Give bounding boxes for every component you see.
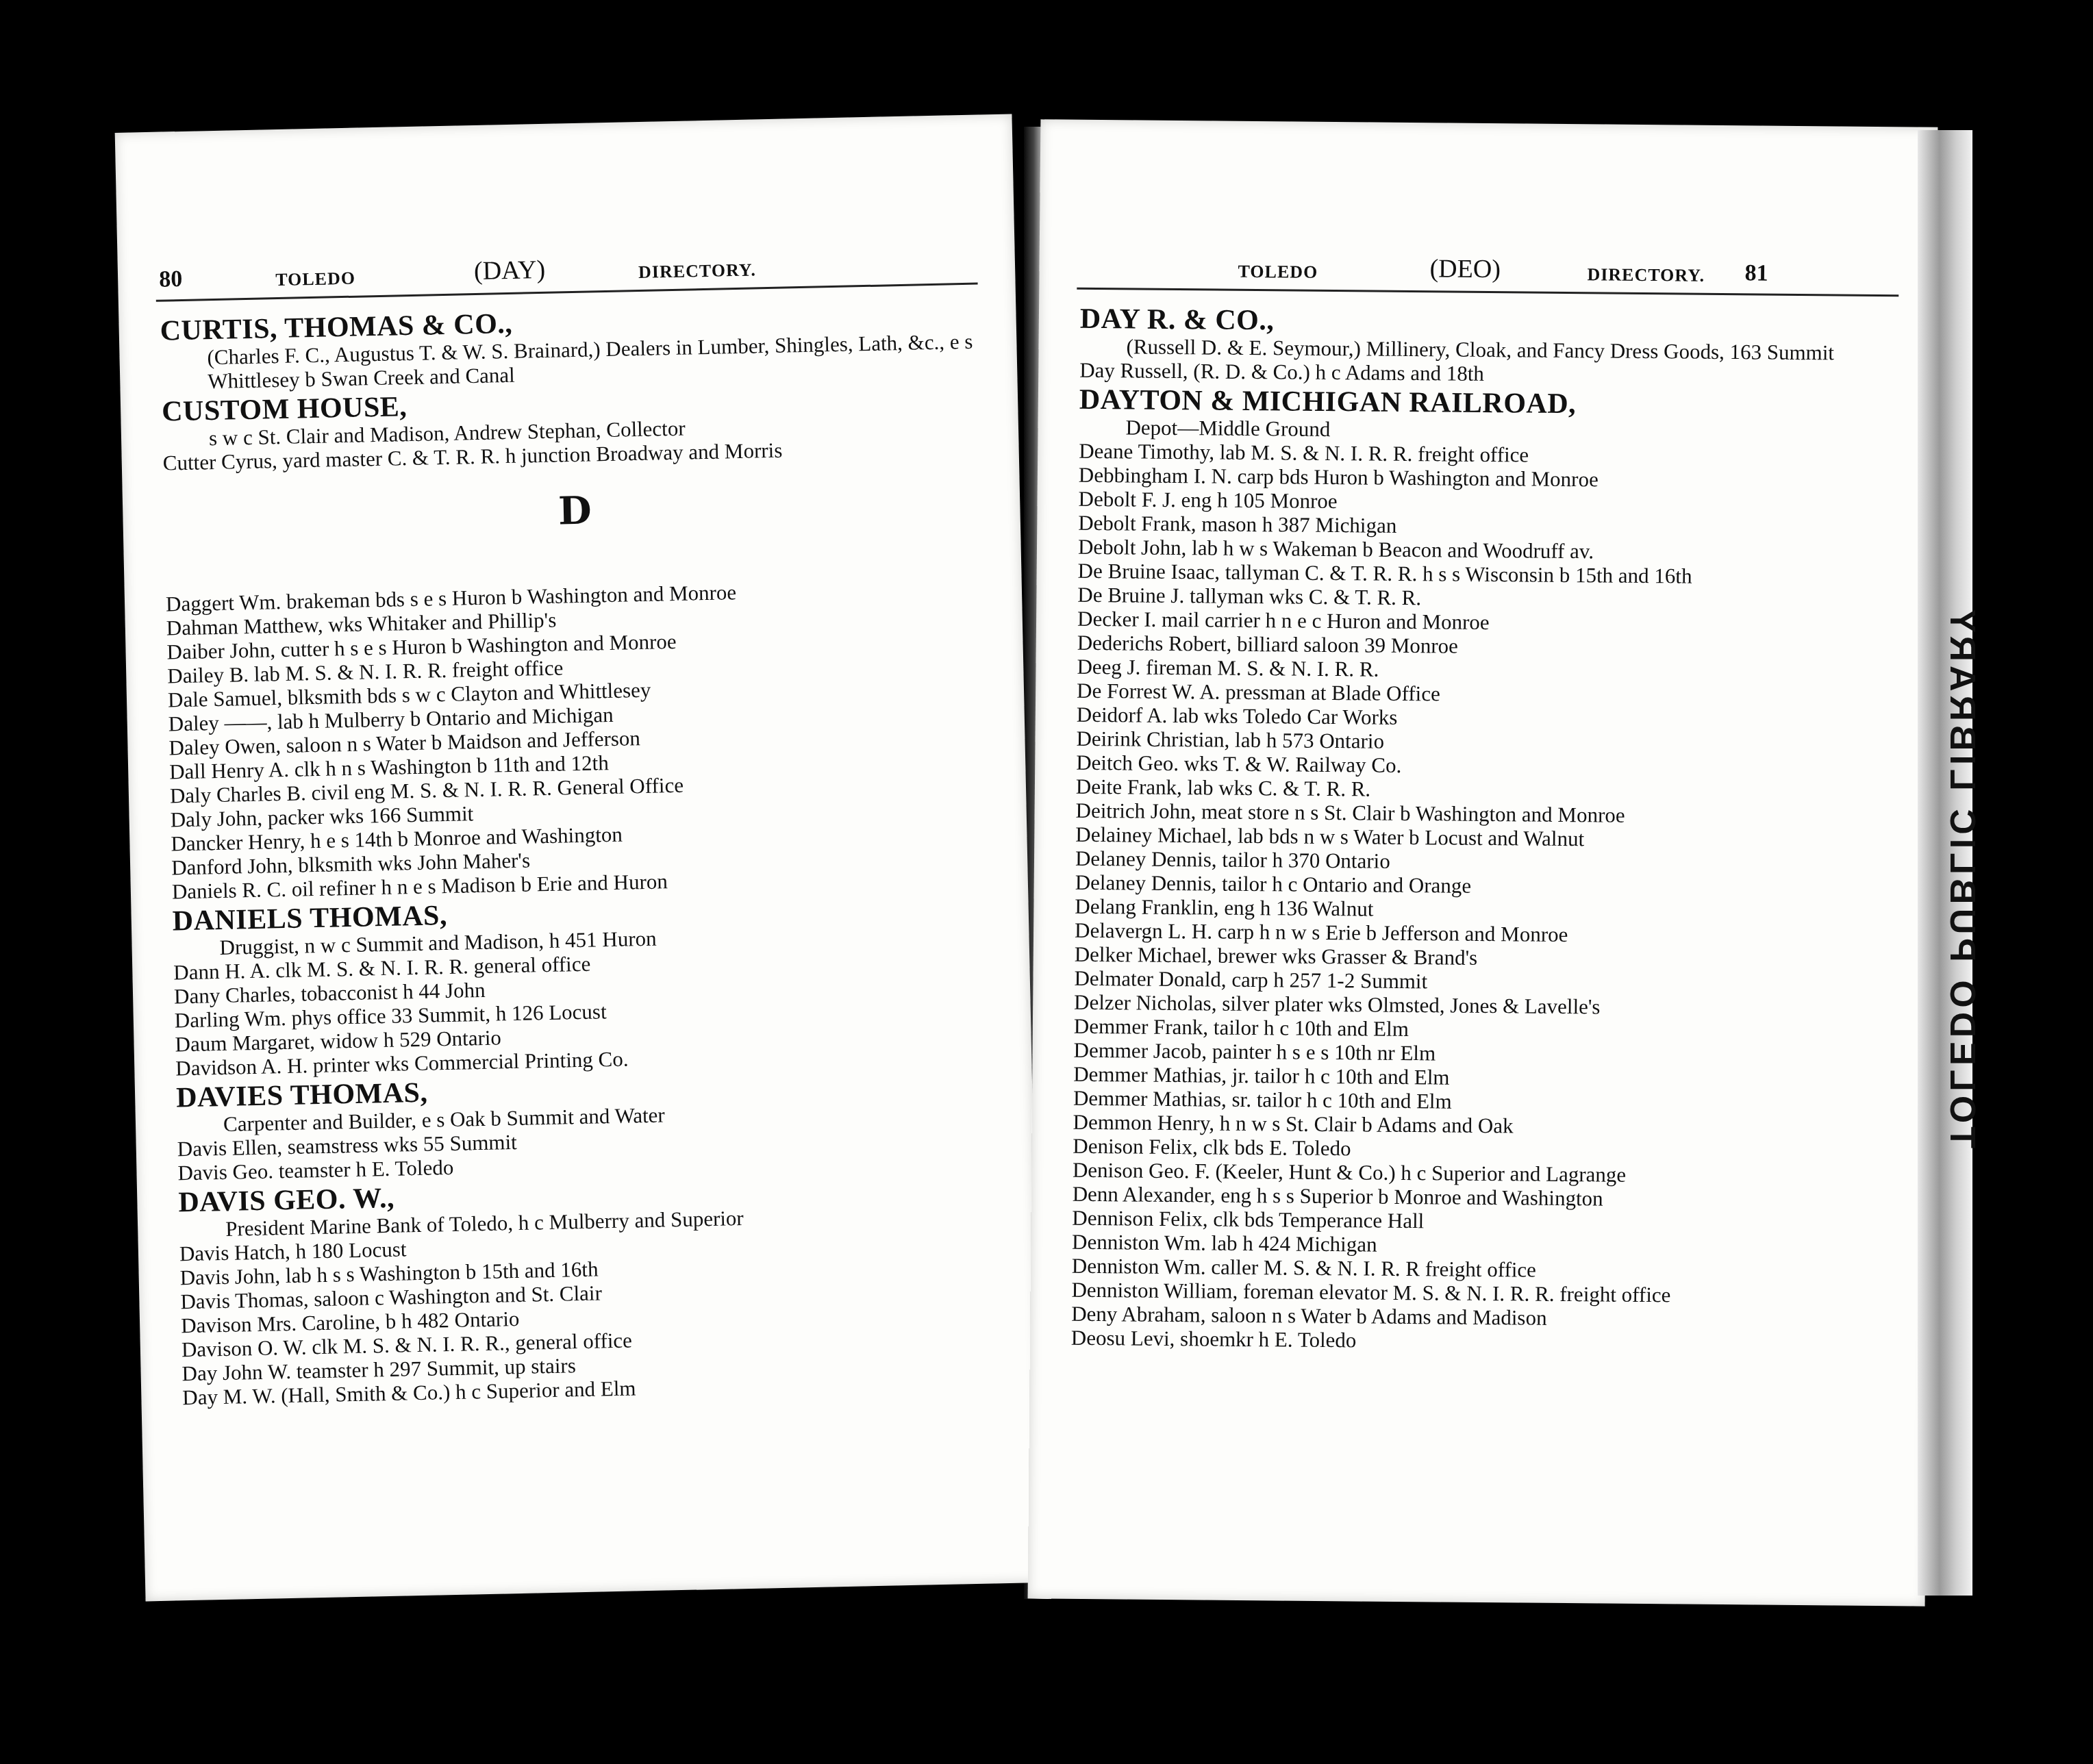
right-page: TOLEDO (DEO) DIRECTORY. 81 DAY R. & CO.,… (1028, 119, 1938, 1606)
library-stamp: TOLEDO PUBLIC LIBRARY (1942, 520, 1983, 1233)
running-head-city: TOLEDO (275, 266, 475, 290)
directory-entries-left: CURTIS, THOMAS & CO.,(Charles F. C., Aug… (160, 297, 1004, 1410)
running-head-right: TOLEDO (DEO) DIRECTORY. 81 (1080, 247, 1895, 288)
left-page: 80 TOLEDO (DAY) DIRECTORY. CURTIS, THOMA… (115, 114, 1043, 1602)
running-head-city: TOLEDO (1238, 262, 1429, 283)
running-head-title: DIRECTORY. (1587, 264, 1744, 286)
page-number: 80 (159, 264, 276, 293)
header-rule (1077, 288, 1898, 297)
directory-entries-right: DAY R. & CO.,(Russell D. & E. Seymour,) … (1071, 301, 1902, 1357)
running-head-letters: (DAY) (474, 253, 639, 286)
page-number: 81 (1744, 260, 1768, 286)
running-head-title: DIRECTORY. (638, 260, 756, 283)
running-head-letters: (DEO) (1429, 253, 1587, 285)
section-letter-heading: D (164, 490, 986, 531)
